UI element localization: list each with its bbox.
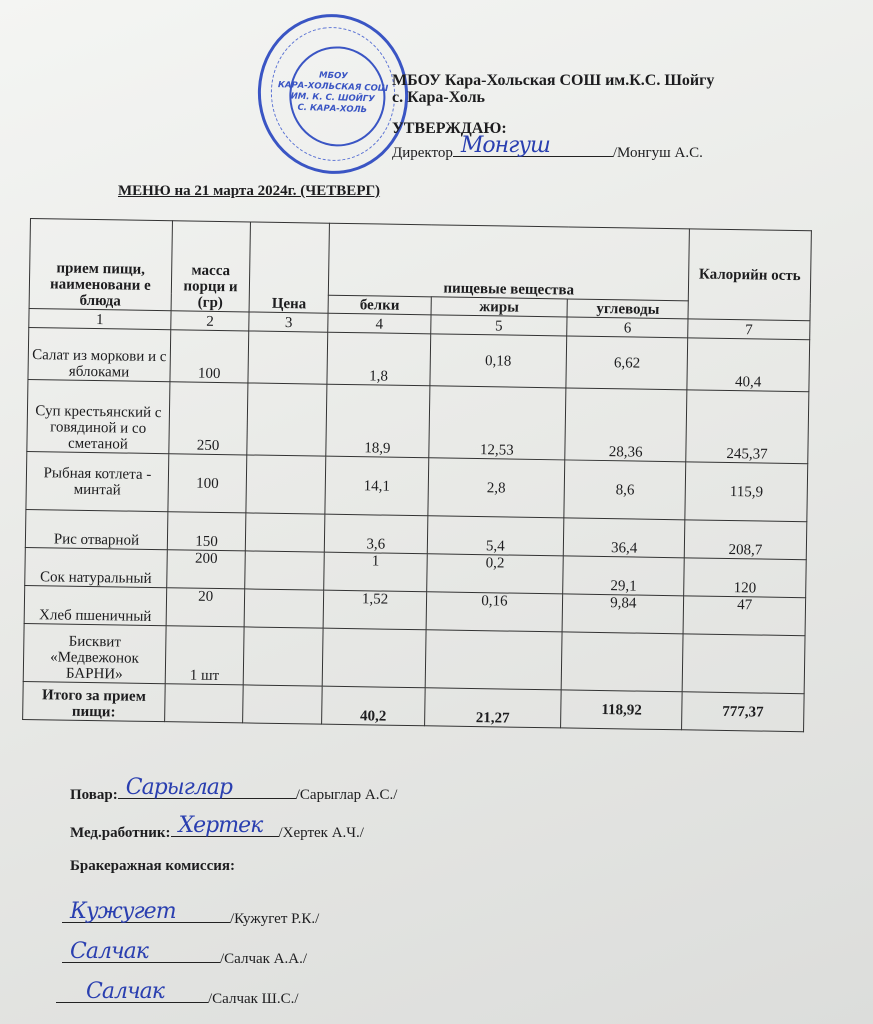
stamp-text: МБОУ КАРА-ХОЛЬСКАЯ СОШ ИМ. К. С. ШОЙГУ С… — [260, 69, 405, 118]
dish-name: Суп крестьянский с говядиной и со сметан… — [27, 379, 170, 453]
cook-signature: Сарыглар — [126, 775, 232, 800]
commission-signature-field: Кужугет — [62, 906, 230, 923]
medic-signature-field: Хертек — [171, 820, 279, 837]
cook-label: Повар: — [70, 787, 118, 803]
total-calories: 777,37 — [682, 692, 804, 732]
dish-price — [246, 513, 326, 552]
dish-fat — [425, 630, 563, 690]
commission-signature: Кужугет — [70, 899, 176, 924]
dish-protein — [323, 628, 426, 688]
dish-protein: 1,52 — [323, 590, 426, 630]
dish-mass: 1 шт — [165, 626, 244, 685]
header-dish: прием пищи, наименовани е блюда — [29, 219, 172, 311]
commission-signature: Салчак — [86, 979, 164, 1004]
director-line: ДиректорМонгуш/Монгуш А.С. — [392, 140, 703, 162]
cook-name: /Сарыглар А.С./ — [296, 787, 398, 803]
cook-signature-field: Сарыглар — [118, 782, 296, 799]
commission-member-line: Салчак/Салчак А.А./ — [62, 946, 307, 968]
director-label: Директор — [392, 145, 453, 161]
dish-fat: 12,53 — [428, 386, 566, 460]
dish-carbs: 28,36 — [565, 388, 687, 462]
director-signature-line: Монгуш — [453, 140, 613, 157]
dish-calories: 245,37 — [686, 390, 809, 464]
commission-member-name: /Салчак А.А./ — [220, 951, 307, 967]
organization-header: МБОУ Кара-Хольская СОШ им.К.С. Шойгу с. … — [392, 72, 714, 106]
total-label: Итого за прием пищи: — [23, 681, 166, 721]
commission-signature: Салчак — [70, 939, 148, 964]
dish-calories: 47 — [683, 596, 805, 636]
dish-calories: 40,4 — [687, 338, 810, 392]
dish-mass: 100 — [168, 454, 247, 513]
dish-calories: 208,7 — [685, 520, 807, 560]
cook-signature-line: Повар:Сарыглар/Сарыглар А.С./ — [70, 782, 397, 804]
column-number: 2 — [171, 311, 250, 331]
commission-signature-field: Салчак — [62, 946, 220, 963]
dish-carbs: 9,84 — [562, 594, 684, 634]
director-signature: Монгуш — [461, 133, 550, 158]
dish-carbs — [561, 632, 683, 692]
commission-member-name: /Салчак Ш.С./ — [208, 991, 299, 1007]
dish-fat: 5,4 — [427, 516, 564, 556]
dish-calories: 115,9 — [685, 462, 808, 522]
dish-price — [245, 551, 325, 590]
dish-name: Сок натуральный — [25, 547, 168, 587]
dish-price — [243, 627, 323, 686]
dish-fat: 0,16 — [426, 592, 563, 632]
dish-protein: 1,8 — [327, 332, 430, 386]
header-protein: белки — [328, 295, 430, 315]
menu-title: МЕНЮ на 21 марта 2024г. (ЧЕТВЕРГ) — [118, 183, 380, 200]
dish-price — [244, 589, 324, 628]
header-price: Цена — [249, 222, 329, 313]
dish-protein: 18,9 — [326, 384, 429, 458]
dish-name: Рис отварной — [25, 509, 168, 549]
dish-fat: 2,8 — [427, 458, 565, 518]
table-row: Суп крестьянский с говядиной и со сметан… — [27, 379, 809, 463]
total-mass — [165, 684, 244, 723]
dish-price — [248, 331, 328, 384]
column-number: 7 — [688, 319, 810, 340]
total-price — [243, 685, 323, 724]
total-protein: 40,2 — [322, 686, 425, 726]
dish-name: Хлеб пшеничный — [24, 585, 167, 625]
header-fat: жиры — [431, 297, 568, 317]
medic-signature: Хертек — [179, 813, 263, 838]
dish-calories: 120 — [684, 558, 806, 598]
commission-member-line: Кужугет/Кужугет Р.К./ — [62, 906, 319, 928]
dish-protein: 1 — [324, 552, 427, 592]
dish-protein: 14,1 — [325, 456, 428, 516]
commission-signature-field: Салчак — [56, 986, 208, 1003]
dish-mass: 100 — [170, 330, 249, 383]
dish-name: Салат из моркови и с яблоками — [28, 327, 171, 381]
dish-mass: 150 — [167, 512, 246, 551]
dish-fat: 0,2 — [426, 554, 563, 594]
commission-member-name: /Кужугет Р.К./ — [230, 911, 319, 927]
dish-price — [246, 455, 326, 514]
total-carbs: 118,92 — [561, 690, 683, 730]
dish-fat: 0,18 — [429, 334, 567, 388]
dish-name: Рыбная котлета - минтай — [26, 451, 169, 511]
dish-name: Бисквит «Медвежонок БАРНИ» — [23, 623, 166, 683]
header-nutrients: пищевые вещества — [329, 223, 690, 301]
dish-mass: 250 — [169, 382, 248, 455]
dish-price — [247, 383, 327, 456]
column-number: 5 — [430, 315, 567, 336]
medic-name: /Хертек А.Ч./ — [279, 825, 364, 841]
menu-table: прием пищи, наименовани е блюда масса по… — [22, 218, 812, 732]
dish-carbs: 6,62 — [566, 336, 688, 390]
commission-member-line: Салчак/Салчак Ш.С./ — [56, 986, 299, 1008]
header-mass: масса порци и (гр) — [171, 221, 251, 312]
dish-mass: 20 — [166, 588, 245, 627]
village-name: с. Кара-Холь — [392, 89, 714, 106]
column-number: 4 — [328, 313, 431, 334]
column-number: 3 — [249, 312, 328, 332]
dish-protein: 3,6 — [325, 514, 428, 554]
dish-calories — [682, 634, 805, 694]
dish-carbs: 8,6 — [564, 460, 686, 520]
medic-label: Мед.работник: — [70, 825, 171, 841]
total-fat: 21,27 — [424, 688, 561, 728]
medic-signature-line: Мед.работник:Хертек/Хертек А.Ч./ — [70, 820, 364, 842]
commission-label: Бракеражная комиссия: — [70, 858, 235, 875]
column-number: 1 — [29, 308, 171, 329]
header-carbs: углеводы — [567, 299, 688, 319]
dish-carbs: 36,4 — [564, 518, 686, 558]
dish-mass: 200 — [167, 550, 246, 589]
director-name: /Монгуш А.С. — [613, 145, 703, 161]
organization-name: МБОУ Кара-Хольская СОШ им.К.С. Шойгу — [392, 72, 714, 89]
dish-carbs: 29,1 — [563, 556, 685, 596]
column-number: 6 — [567, 317, 688, 338]
header-calories: Калорийн ость — [688, 229, 811, 321]
